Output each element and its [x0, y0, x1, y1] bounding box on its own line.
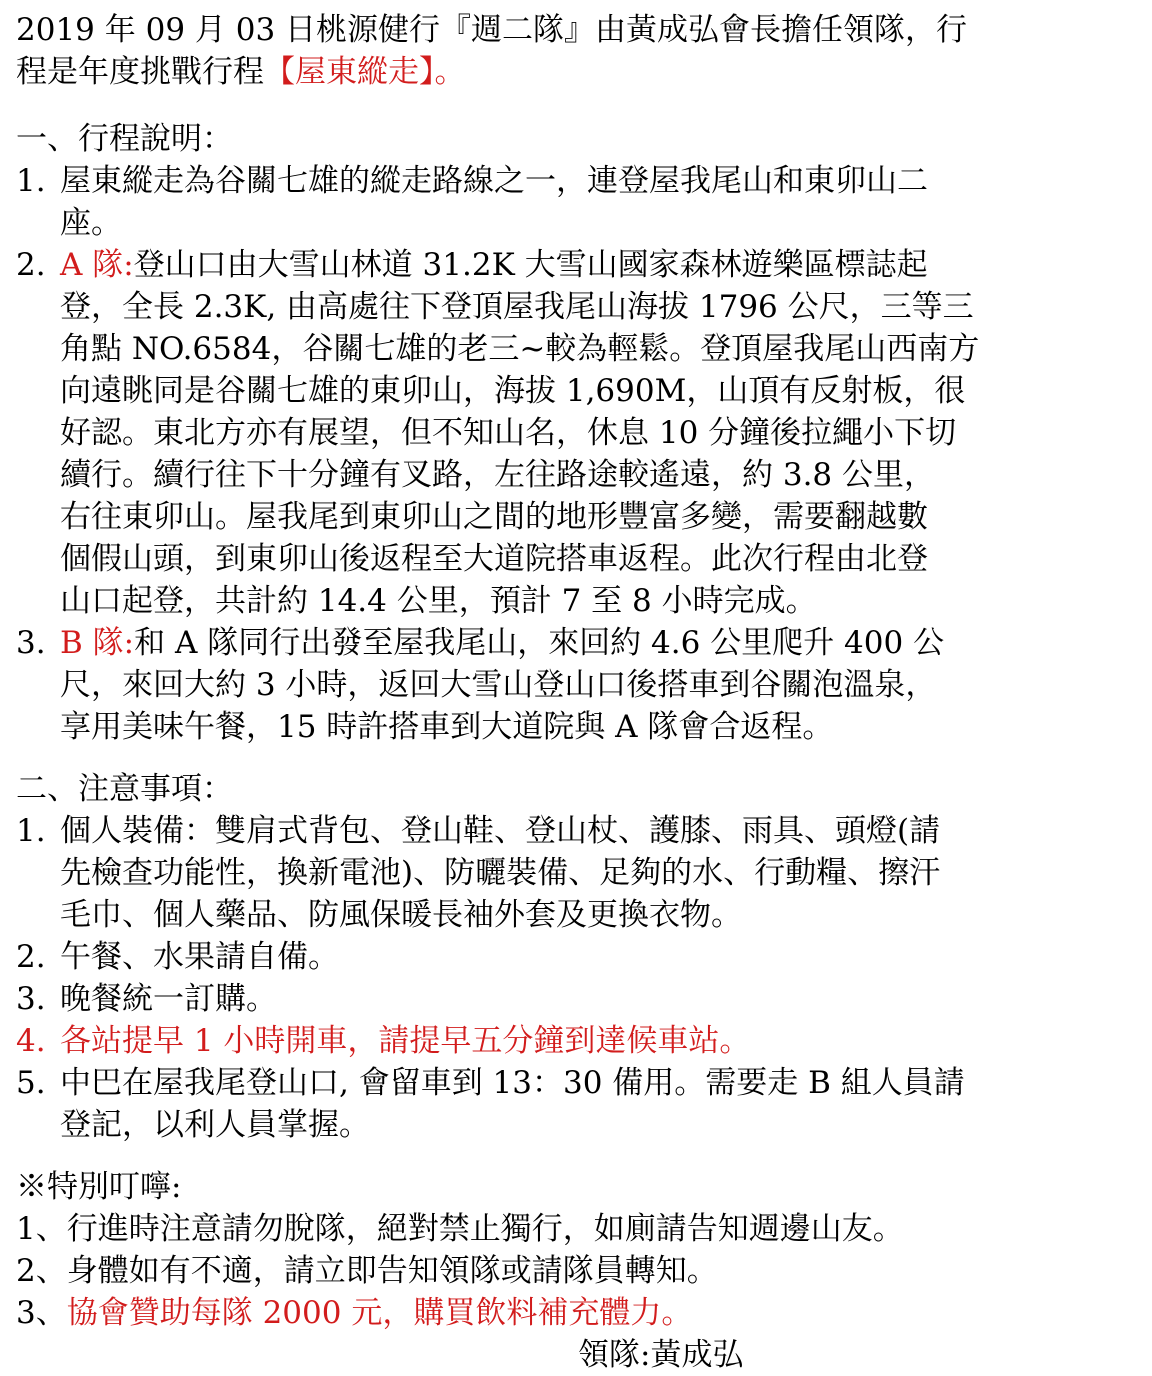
team-a-label: A 隊: — [60, 247, 134, 283]
item-line-text: 登記，以利人員掌握。 — [60, 1107, 370, 1143]
item-line: 向遠眺同是谷關七雄的東卯山，海拔 1,690M，山頂有反射板，很 — [60, 370, 1138, 412]
item-line: 晚餐統一訂購。 — [60, 978, 1138, 1020]
item-number: 2. — [16, 936, 60, 978]
item-number: 3. — [16, 622, 60, 664]
list-item-s2-1: 1. 個人裝備：雙肩式背包、登山鞋、登山杖、護膝、雨具、頭燈(請 先檢查功能性，… — [16, 810, 1138, 936]
item-number: 1. — [16, 810, 60, 852]
item-line-text: 個假山頭，到東卯山後返程至大道院搭車返程。此次行程由北登 — [60, 541, 928, 577]
item-number: 2、 — [16, 1253, 67, 1289]
item-number: 1. — [16, 160, 60, 202]
item-line-text: 角點 NO.6584，谷關七雄的老三~較為輕鬆。登頂屋我尾山西南方 — [60, 331, 979, 367]
item-line-text: 晚餐統一訂購。 — [60, 981, 277, 1017]
item-line: 續行。續行往下十分鐘有叉路，左往路途較遙遠，約 3.8 公里， — [60, 454, 1138, 496]
item-line-text: 個人裝備：雙肩式背包、登山鞋、登山杖、護膝、雨具、頭燈(請 — [60, 813, 940, 849]
section1-heading: 一、行程說明： — [16, 118, 1138, 160]
list-item-s1-3: 3. B 隊:和 A 隊同行出發至屋我尾山，來回約 4.6 公里爬升 400 公… — [16, 622, 1138, 748]
special-note-3: 3、協會贊助每隊 2000 元，購買飲料補充體力。 — [16, 1292, 1138, 1334]
item-text: B 隊:和 A 隊同行出發至屋我尾山，來回約 4.6 公里爬升 400 公 尺，… — [60, 622, 1138, 748]
intro-text-1: 2019 年 09 月 03 日桃源健行『週二隊』由黃成弘會長擔任領隊，行 — [16, 12, 967, 48]
item-line: 先檢查功能性，換新電池)、防曬裝備、足夠的水、行動糧、擦汗 — [60, 852, 1138, 894]
item-line: B 隊:和 A 隊同行出發至屋我尾山，來回約 4.6 公里爬升 400 公 — [60, 622, 1138, 664]
item-line: 尺，來回大約 3 小時，返回大雪山登山口後搭車到谷關泡溫泉， — [60, 664, 1138, 706]
intro-line-1: 2019 年 09 月 03 日桃源健行『週二隊』由黃成弘會長擔任領隊，行 — [16, 9, 1138, 51]
sponsor-red-text: 協會贊助每隊 2000 元，購買飲料補充體力。 — [67, 1295, 693, 1331]
item-line: 各站提早 1 小時開車，請提早五分鐘到達候車站。 — [60, 1020, 1138, 1062]
intro-paragraph: 2019 年 09 月 03 日桃源健行『週二隊』由黃成弘會長擔任領隊，行 程是… — [16, 9, 1138, 93]
section3-heading: ※特別叮嚀: — [16, 1166, 1138, 1208]
list-item-s2-3: 3. 晚餐統一訂購。 — [16, 978, 1138, 1020]
item-line-text: 毛巾、個人藥品、防風保暖長袖外套及更換衣物。 — [60, 897, 742, 933]
item-line-text: 續行。續行往下十分鐘有叉路，左往路途較遙遠，約 3.8 公里， — [60, 457, 935, 493]
item-line-text: 登山口由大雪山林道 31.2K 大雪山國家森林遊樂區標誌起 — [134, 247, 928, 283]
item-line: 享用美味午餐，15 時許搭車到大道院與 A 隊會合返程。 — [60, 706, 1138, 748]
list-item-s2-5: 5. 中巴在屋我尾登山口, 會留車到 13：30 備用。需要走 B 組人員請 登… — [16, 1062, 1138, 1146]
item-line-text: 屋東縱走為谷關七雄的縱走路線之一，連登屋我尾山和東卯山二 — [60, 163, 928, 199]
item-text: 中巴在屋我尾登山口, 會留車到 13：30 備用。需要走 B 組人員請 登記，以… — [60, 1062, 1138, 1146]
trip-title-highlight: 【屋東縱走】。 — [264, 54, 466, 90]
item-number: 3. — [16, 978, 60, 1020]
item-line: 屋東縱走為谷關七雄的縱走路線之一，連登屋我尾山和東卯山二 — [60, 160, 1138, 202]
item-line-text: 座。 — [60, 205, 122, 241]
intro-line-2: 程是年度挑戰行程【屋東縱走】。 — [16, 51, 1138, 93]
item-line-text: 尺，來回大約 3 小時，返回大雪山登山口後搭車到谷關泡溫泉， — [60, 667, 936, 703]
document-page: 2019 年 09 月 03 日桃源健行『週二隊』由黃成弘會長擔任領隊，行 程是… — [0, 0, 1152, 1376]
item-line-text: 身體如有不適，請立即告知領隊或請隊員轉知。 — [67, 1253, 718, 1289]
item-line-text: 向遠眺同是谷關七雄的東卯山，海拔 1,690M，山頂有反射板，很 — [60, 373, 965, 409]
item-line: 角點 NO.6584，谷關七雄的老三~較為輕鬆。登頂屋我尾山西南方 — [60, 328, 1138, 370]
item-line-text: 右往東卯山。屋我尾到東卯山之間的地形豐富多變，需要翻越數 — [60, 499, 928, 535]
item-line-text: 登，全長 2.3K, 由高處往下登頂屋我尾山海拔 1796 公尺，三等三 — [60, 289, 974, 325]
item-text: A 隊:登山口由大雪山林道 31.2K 大雪山國家森林遊樂區標誌起 登，全長 2… — [60, 244, 1138, 622]
item-line: 中巴在屋我尾登山口, 會留車到 13：30 備用。需要走 B 組人員請 — [60, 1062, 1138, 1104]
item-line-text: 山口起登，共計約 14.4 公里，預計 7 至 8 小時完成。 — [60, 583, 817, 619]
item-text: 各站提早 1 小時開車，請提早五分鐘到達候車站。 — [60, 1020, 1138, 1062]
item-number: 1、 — [16, 1211, 67, 1247]
item-line-text: 午餐、水果請自備。 — [60, 939, 339, 975]
item-line: 山口起登，共計約 14.4 公里，預計 7 至 8 小時完成。 — [60, 580, 1138, 622]
item-text: 屋東縱走為谷關七雄的縱走路線之一，連登屋我尾山和東卯山二 座。 — [60, 160, 1138, 244]
signature-line: 領隊:黃成弘 — [578, 1334, 1138, 1376]
list-item-s1-1: 1. 屋東縱走為谷關七雄的縱走路線之一，連登屋我尾山和東卯山二 座。 — [16, 160, 1138, 244]
list-item-s2-2: 2. 午餐、水果請自備。 — [16, 936, 1138, 978]
item-line-text: 好認。東北方亦有展望，但不知山名，休息 10 分鐘後拉繩小下切 — [60, 415, 956, 451]
item-number: 2. — [16, 244, 60, 286]
leader-signature: 領隊:黃成弘 — [578, 1337, 743, 1373]
item-line-text: 中巴在屋我尾登山口, 會留車到 13：30 備用。需要走 B 組人員請 — [60, 1065, 965, 1101]
item-line: 座。 — [60, 202, 1138, 244]
warning-red-text: 各站提早 1 小時開車，請提早五分鐘到達候車站。 — [60, 1023, 750, 1059]
item-line: A 隊:登山口由大雪山林道 31.2K 大雪山國家森林遊樂區標誌起 — [60, 244, 1138, 286]
section2-heading: 二、注意事項： — [16, 768, 1138, 810]
item-number: 4. — [16, 1020, 60, 1062]
item-line: 右往東卯山。屋我尾到東卯山之間的地形豐富多變，需要翻越數 — [60, 496, 1138, 538]
list-item-s2-4-warning: 4. 各站提早 1 小時開車，請提早五分鐘到達候車站。 — [16, 1020, 1138, 1062]
special-note-2: 2、身體如有不適，請立即告知領隊或請隊員轉知。 — [16, 1250, 1138, 1292]
item-line: 登，全長 2.3K, 由高處往下登頂屋我尾山海拔 1796 公尺，三等三 — [60, 286, 1138, 328]
list-item-s1-2: 2. A 隊:登山口由大雪山林道 31.2K 大雪山國家森林遊樂區標誌起 登，全… — [16, 244, 1138, 622]
item-text: 晚餐統一訂購。 — [60, 978, 1138, 1020]
item-text: 午餐、水果請自備。 — [60, 936, 1138, 978]
item-line: 毛巾、個人藥品、防風保暖長袖外套及更換衣物。 — [60, 894, 1138, 936]
special-notes-section: ※特別叮嚀: 1、行進時注意請勿脫隊，絕對禁止獨行，如廁請告知週邊山友。 2、身… — [16, 1166, 1138, 1334]
item-number: 5. — [16, 1062, 60, 1104]
item-line: 個人裝備：雙肩式背包、登山鞋、登山杖、護膝、雨具、頭燈(請 — [60, 810, 1138, 852]
item-line-text: 享用美味午餐，15 時許搭車到大道院與 A 隊會合返程。 — [60, 709, 833, 745]
item-line-text: 和 A 隊同行出發至屋我尾山，來回約 4.6 公里爬升 400 公 — [134, 625, 944, 661]
item-number: 3、 — [16, 1295, 67, 1331]
item-line-text: 行進時注意請勿脫隊，絕對禁止獨行，如廁請告知週邊山友。 — [67, 1211, 904, 1247]
item-line: 登記，以利人員掌握。 — [60, 1104, 1138, 1146]
item-line: 好認。東北方亦有展望，但不知山名，休息 10 分鐘後拉繩小下切 — [60, 412, 1138, 454]
intro-text-2: 程是年度挑戰行程 — [16, 54, 264, 90]
item-line: 午餐、水果請自備。 — [60, 936, 1138, 978]
item-text: 個人裝備：雙肩式背包、登山鞋、登山杖、護膝、雨具、頭燈(請 先檢查功能性，換新電… — [60, 810, 1138, 936]
item-line-text: 先檢查功能性，換新電池)、防曬裝備、足夠的水、行動糧、擦汗 — [60, 855, 940, 891]
item-line: 個假山頭，到東卯山後返程至大道院搭車返程。此次行程由北登 — [60, 538, 1138, 580]
special-note-1: 1、行進時注意請勿脫隊，絕對禁止獨行，如廁請告知週邊山友。 — [16, 1208, 1138, 1250]
team-b-label: B 隊: — [60, 625, 134, 661]
